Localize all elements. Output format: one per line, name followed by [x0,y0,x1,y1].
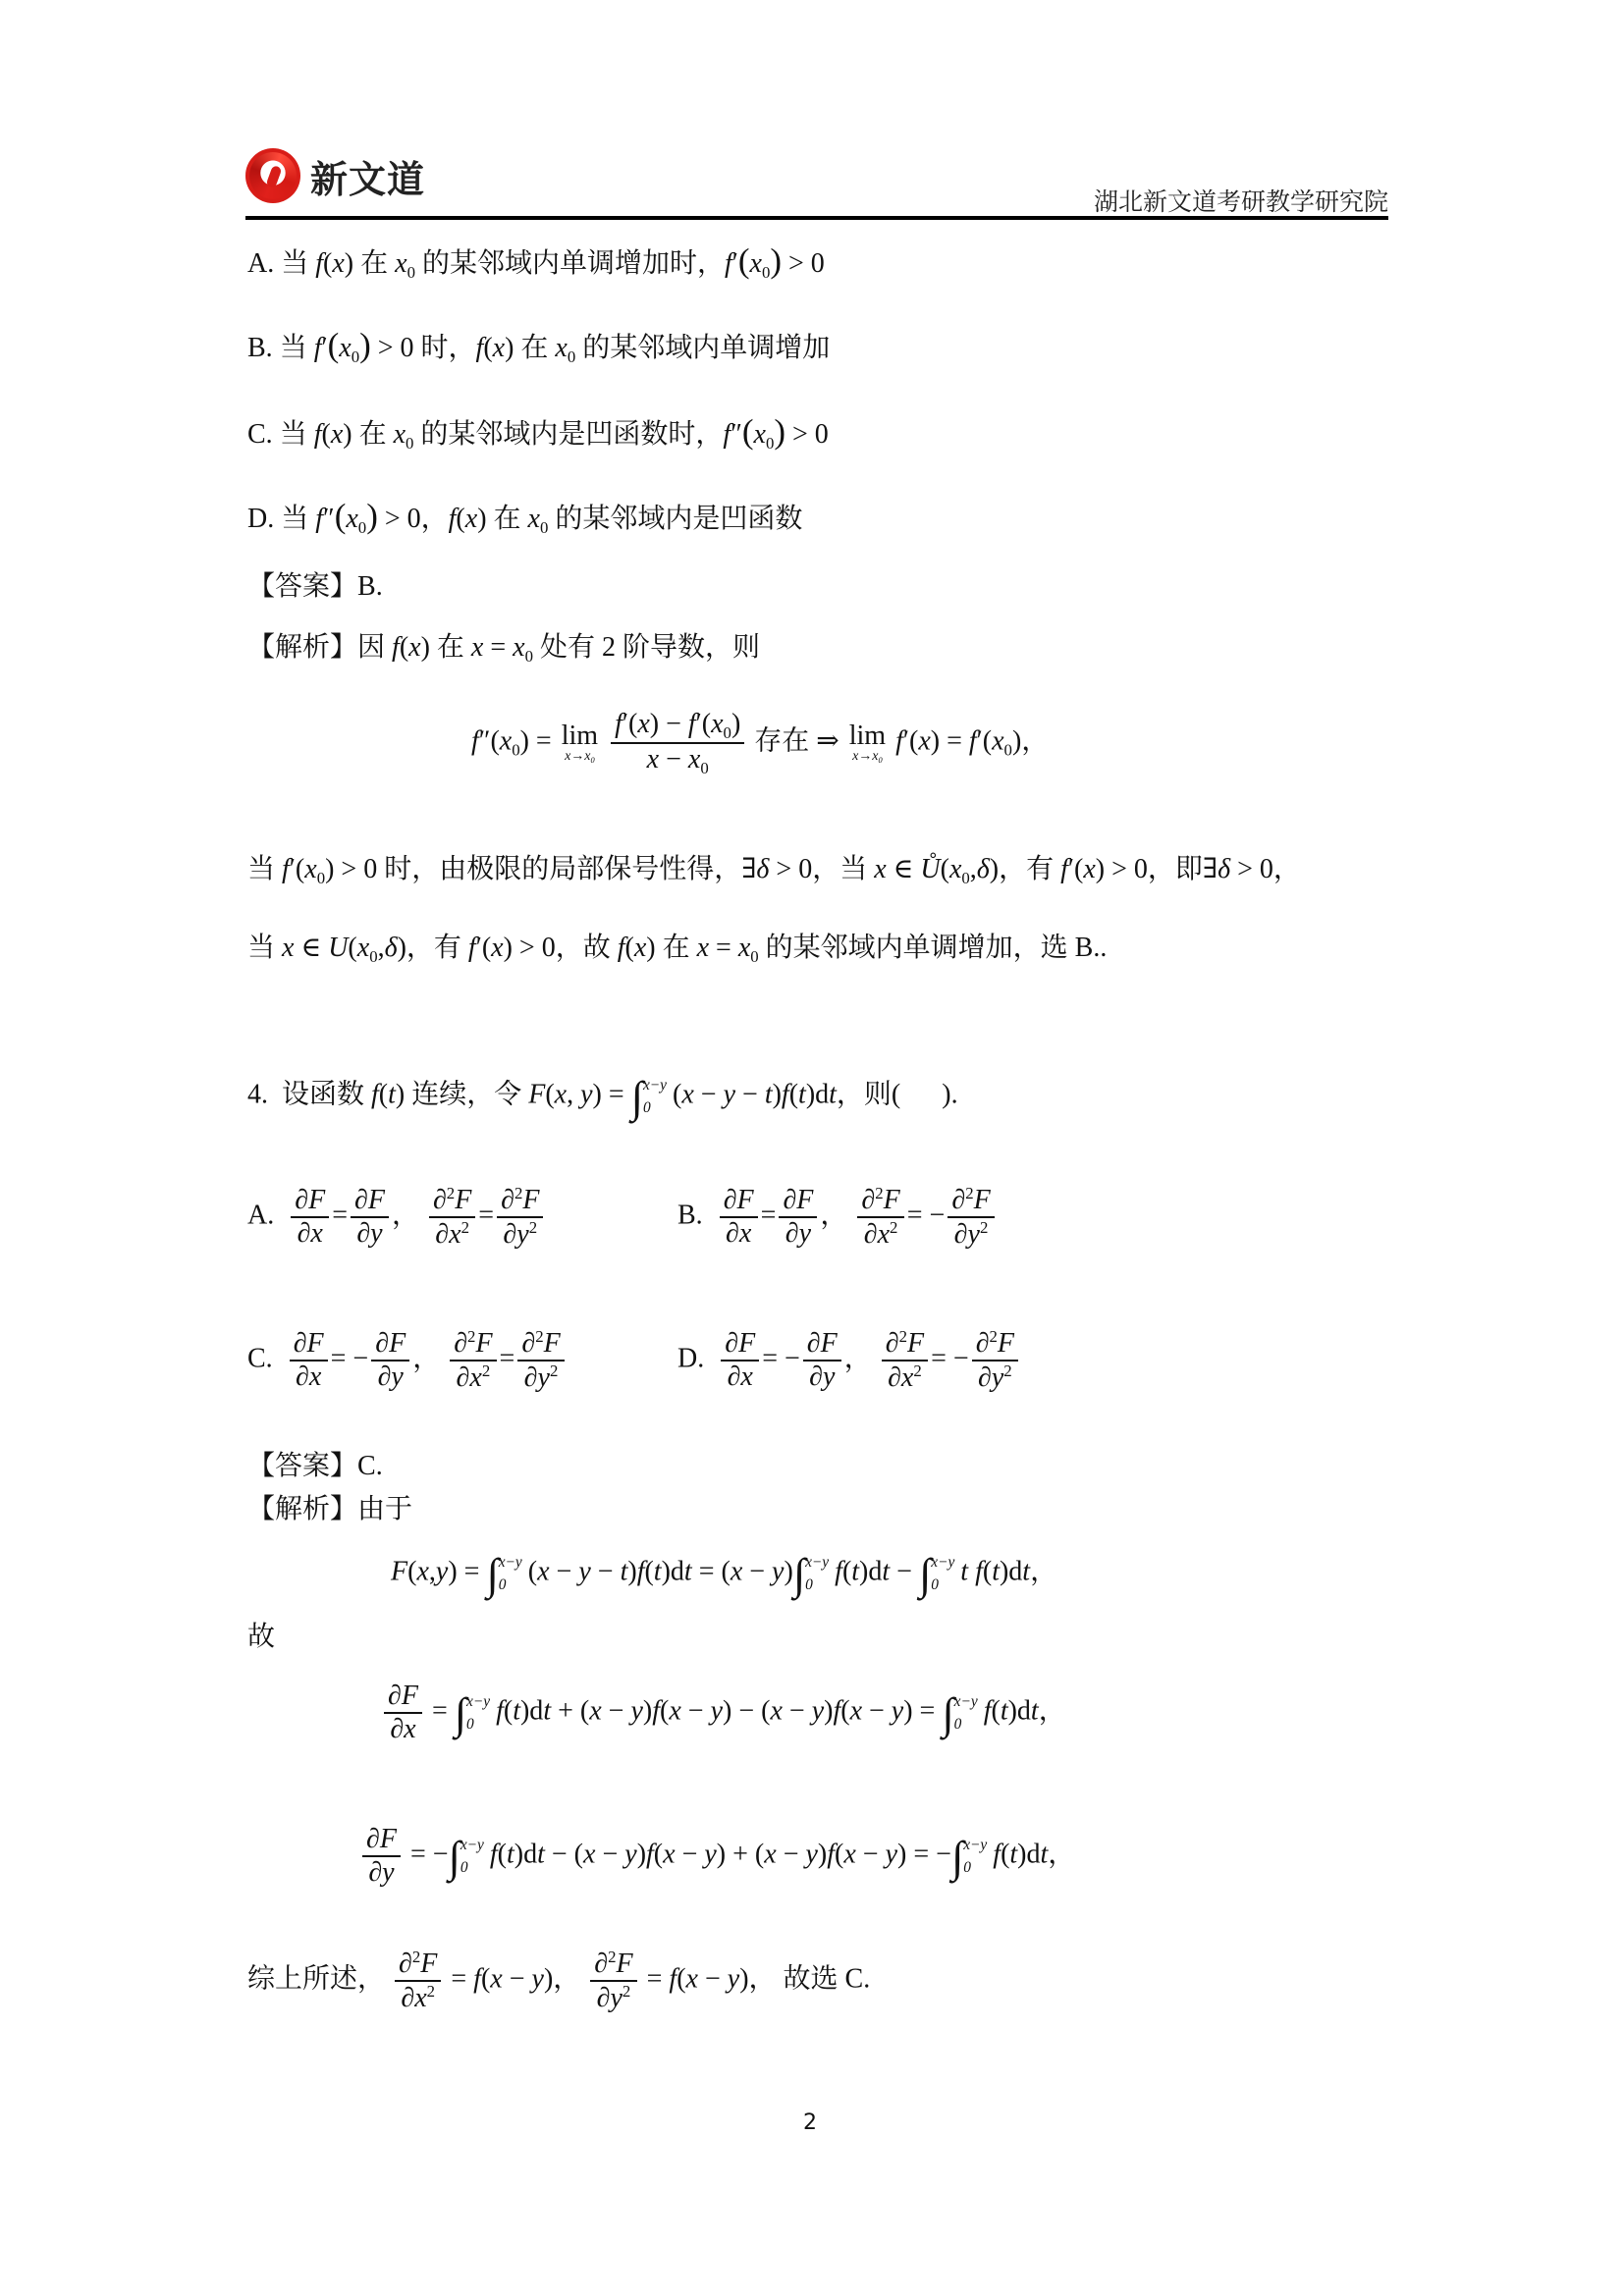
logo-text: 新文道 [310,149,425,203]
phoenix-logo-icon [245,148,300,203]
page-number: 2 [803,2110,817,2135]
q4-option-a: A. ∂F∂x=∂F∂y， ∂2F∂x2=∂2F∂y2 [247,1184,546,1252]
header-divider [245,216,1388,220]
q3-option-c: C. 当 f(x) 在 x0 的某邻域内是凹函数时，f″(x0) > 0 [247,412,829,463]
q4-eq2: ∂F∂x = ∫x−y0f(t)dt + (x − y)f(x − y) − (… [381,1681,1066,1745]
answer-tag: 【答案】 [247,571,357,602]
q3-option-b: B. 当 f′(x0) > 0 时，f(x) 在 x0 的某邻域内单调增加 [247,326,830,377]
question-number: 4. [247,1080,268,1110]
option-label: A. [247,1201,274,1231]
institute-name: 湖北新文道考研教学研究院 [1094,183,1388,218]
analysis-tag: 【解析】 [247,632,357,663]
option-label: D. [677,1344,704,1374]
option-label: D. [247,504,274,534]
option-label: A. [247,248,274,279]
analysis-tag: 【解析】 [247,1494,357,1524]
option-label: C. [247,419,273,450]
conclusion-prefix: 综上所述， [247,1964,385,1995]
q4-eq1: F(x,y) = ∫x−y0(x − y − t)f(t)dt = (x − y… [391,1551,1057,1596]
conclusion-suffix: 故选 C. [784,1964,871,1995]
option-label: B. [677,1201,703,1231]
q4-analysis-intro: 【解析】由于 [247,1490,412,1529]
q3-limit-formula: f″(x0) = limx→x0 f′(x) − f′(x0)x − x0 存在… [471,709,1049,777]
q3-analysis-intro: 【解析】因 f(x) 在 x = x0 处有 2 阶导数，则 [247,628,760,676]
q3-option-a: A. 当 f(x) 在 x0 的某邻域内单调增加时，f′(x0) > 0 [247,241,825,293]
q3-analysis-line2: 当 x ∈ U(x0,δ)，有 f′(x) > 0，故 f(x) 在 x = x… [247,929,1107,977]
answer-tag: 【答案】 [247,1451,357,1481]
q4-eq3: ∂F∂y = −∫x−y0f(t)dt − (x − y)f(x − y) + … [359,1824,1075,1889]
q4-option-c: C. ∂F∂x= −∂F∂y， ∂2F∂x2=∂2F∂y2 [247,1327,568,1395]
option-label: C. [247,1344,273,1374]
q3-answer: 【答案】B. [247,567,383,607]
q4-option-b: B. ∂F∂x=∂F∂y， ∂2F∂x2= −∂2F∂y2 [677,1184,998,1252]
q3-option-d: D. 当 f″(x0) > 0，f(x) 在 x0 的某邻域内是凹函数 [247,497,802,548]
brand-logo: 新文道 [245,145,432,206]
q3-analysis-line1: 当 f′(x0) > 0 时，由极限的局部保号性得，∃δ > 0，当 x ∈ Ů… [247,850,1301,898]
answer-value: C. [357,1451,383,1481]
answer-value: B. [357,571,383,602]
q4-therefore: 故 [247,1618,275,1657]
q4-option-d: D. ∂F∂x= −∂F∂y， ∂2F∂x2= −∂2F∂y2 [677,1327,1021,1395]
q4-conclusion: 综上所述， ∂2F∂x2 = f(x − y)， ∂2F∂y2 = f(x − … [247,1948,870,2015]
q4-stem: 4. 设函数 f(t) 连续，令 F(x, y) = ∫x−y0(x − y −… [247,1074,958,1119]
q4-answer: 【答案】C. [247,1447,383,1486]
option-label: B. [247,333,273,363]
analysis-intro: 由于 [357,1494,412,1524]
